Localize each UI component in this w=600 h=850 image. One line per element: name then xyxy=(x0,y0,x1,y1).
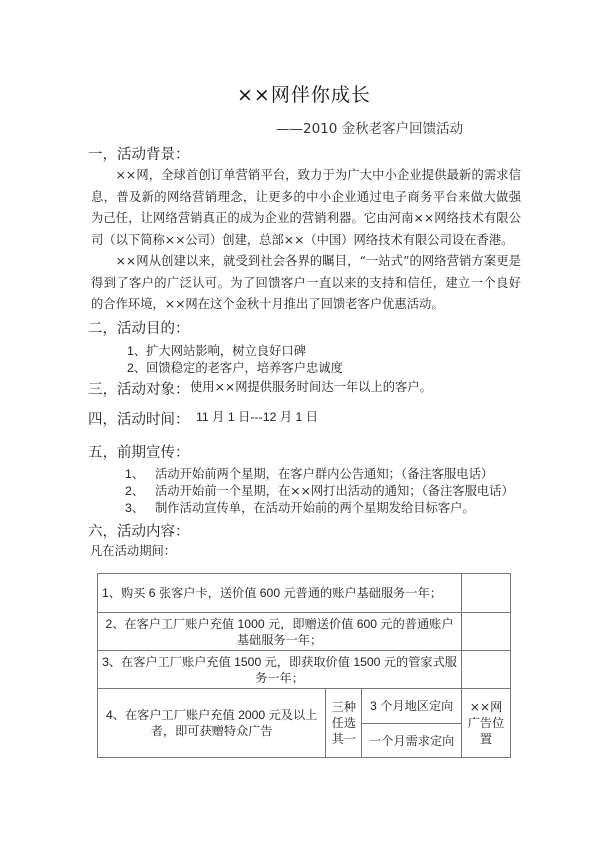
promotion-item-2-text: 活动开始前一个星期，在××网打出活动的通知；（备注客服电话） xyxy=(155,481,514,499)
table-row: 1、购买 6 张客户卡，送价值 600 元普通的账户基础服务一年； xyxy=(98,574,511,613)
section-heading-purpose: 二，活动目的： xyxy=(88,317,190,338)
background-paragraph-1: ××网，全球首创订单营销平台，致力于为广大中小企业提供最新的需求信息，普及新的网… xyxy=(91,165,521,251)
offer-2-cell: 2、在客户工厂账户充值 1000 元，即赠送价值 600 元的普通账户基础服务一… xyxy=(98,613,462,651)
promotion-item-3-number: 3、 xyxy=(125,498,144,516)
choice-cell: 三种任选其一 xyxy=(326,689,362,758)
section-heading-content: 六，活动内容： xyxy=(88,520,190,541)
table-row: 3、在客户工厂账户充值 1500 元，即获取价值 1500 元的管家式服务一年； xyxy=(98,651,511,689)
section-heading-target: 三，活动对象： xyxy=(88,378,190,399)
option-1-cell: 3 个月地区定向 xyxy=(362,689,462,724)
promotion-item-1-number: 1、 xyxy=(125,464,144,482)
time-text: 11 月 1 日---12 月 1 日 xyxy=(196,407,318,428)
document-title: ××网伴你成长 xyxy=(237,80,371,107)
offer-3-cell: 3、在客户工厂账户充值 1500 元，即获取价值 1500 元的管家式服务一年； xyxy=(98,651,462,689)
promotion-item-3-text: 制作活动宣传单，在活动开始前的两个星期发给目标客户。 xyxy=(155,498,475,516)
document-subtitle: ——2010 金秋老客户回馈活动 xyxy=(276,117,463,137)
purpose-item-1: 1、扩大网站影响，树立良好口碑 xyxy=(127,341,306,359)
background-paragraph-2: ××网从创建以来，就受到社会各界的瞩目，“一站式”的网络营销方案更是得到了客户的… xyxy=(91,251,521,316)
purpose-item-2: 2、回馈稳定的老客户，培养客户忠诚度 xyxy=(127,358,343,376)
offer-1-side-cell xyxy=(462,574,511,613)
promotion-item-2-number: 2、 xyxy=(125,481,144,499)
ad-position-cell: ××网广告位置 xyxy=(462,689,511,758)
target-text: 使用××网提供服务时间达一年以上的客户。 xyxy=(190,377,432,398)
offer-2-side-cell xyxy=(462,613,511,651)
section-heading-promotion: 五，前期宣传： xyxy=(88,441,190,462)
table-row: 4、在客户工厂账户充值 2000 元及以上者，即可获赠特众广告 三种任选其一 3… xyxy=(98,689,511,724)
activity-table: 1、购买 6 张客户卡，送价值 600 元普通的账户基础服务一年； 2、在客户工… xyxy=(97,573,511,758)
offer-4-cell: 4、在客户工厂账户充值 2000 元及以上者，即可获赠特众广告 xyxy=(98,689,326,758)
section-heading-time: 四，活动时间： xyxy=(88,408,190,429)
section-heading-background: 一，活动背景： xyxy=(88,143,190,164)
table-row: 2、在客户工厂账户充值 1000 元，即赠送价值 600 元的普通账户基础服务一… xyxy=(98,613,511,651)
offer-3-side-cell xyxy=(462,651,511,689)
content-intro: 凡在活动期间： xyxy=(90,541,176,562)
offer-1-cell: 1、购买 6 张客户卡，送价值 600 元普通的账户基础服务一年； xyxy=(98,574,462,613)
option-2-cell: 一个月需求定向 xyxy=(362,724,462,758)
promotion-item-1-text: 活动开始前两个星期，在客户群内公告通知；（备注客服电话） xyxy=(155,464,493,482)
